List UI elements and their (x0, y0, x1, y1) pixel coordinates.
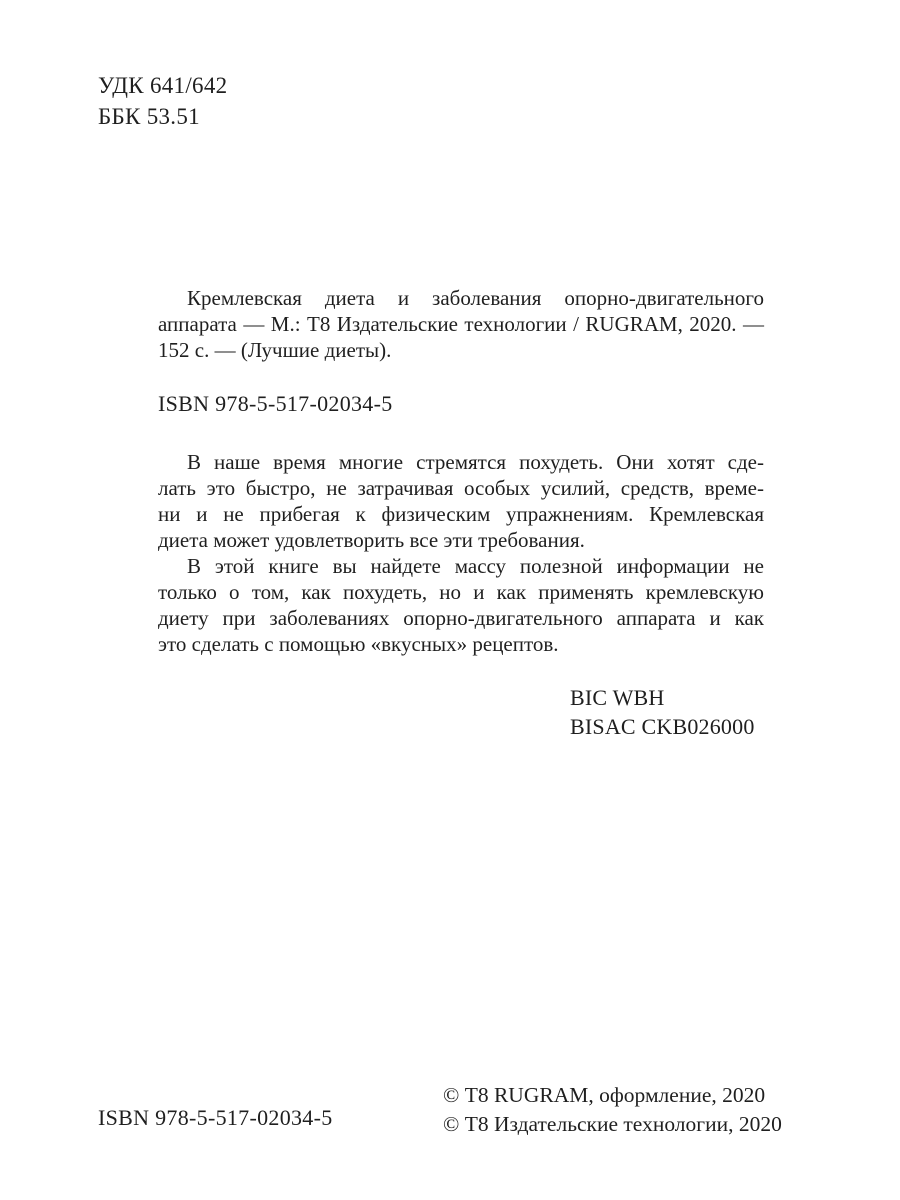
copyright-page: УДК 641/642 ББК 53.51 Кремлевская диета … (0, 0, 900, 1200)
bibliographic-line: аппарата — М.: Т8 Издательские технологи… (158, 311, 764, 337)
udk-code: УДК 641/642 (98, 70, 227, 101)
annotation-line: В наше время многие стремятся похудеть. … (158, 449, 764, 475)
annotation-line: ни и не прибегая к физическим упражнения… (158, 501, 764, 527)
annotation: В наше время многие стремятся похудеть. … (158, 449, 764, 657)
isbn-number: ISBN 978-5-517-02034-5 (158, 391, 393, 417)
annotation-line: В этой книге вы найдете массу полезной и… (158, 553, 764, 579)
annotation-line: диета может удовлетворить все эти требов… (158, 527, 764, 553)
bibliographic-description: Кремлевская диета и заболевания опорно-д… (158, 285, 764, 363)
bibliographic-line: Кремлевская диета и заболевания опорно-д… (158, 285, 764, 311)
copyright-line: © Т8 RUGRAM, оформление, 2020 (443, 1081, 782, 1110)
annotation-line: только о том, как похудеть, но и как при… (158, 579, 764, 605)
bic-code: BIC WBH (570, 683, 755, 712)
copyright-line: © Т8 Издательские технологии, 2020 (443, 1110, 782, 1139)
trade-classification-codes: BIC WBH BISAC CKB026000 (570, 683, 755, 741)
copyright-notices: © Т8 RUGRAM, оформление, 2020 © Т8 Издат… (443, 1081, 782, 1138)
bbk-code: ББК 53.51 (98, 101, 227, 132)
annotation-line: это сделать с помощью «вкусных» рецептов… (158, 631, 764, 657)
bisac-code: BISAC CKB026000 (570, 712, 755, 741)
annotation-line: лать это быстро, не затрачивая особых ус… (158, 475, 764, 501)
footer-isbn-number: ISBN 978-5-517-02034-5 (98, 1105, 333, 1131)
annotation-line: диету при заболеваниях опорно-двигательн… (158, 605, 764, 631)
bibliographic-line: 152 с. — (Лучшие диеты). (158, 337, 764, 363)
classification-codes: УДК 641/642 ББК 53.51 (98, 70, 227, 132)
